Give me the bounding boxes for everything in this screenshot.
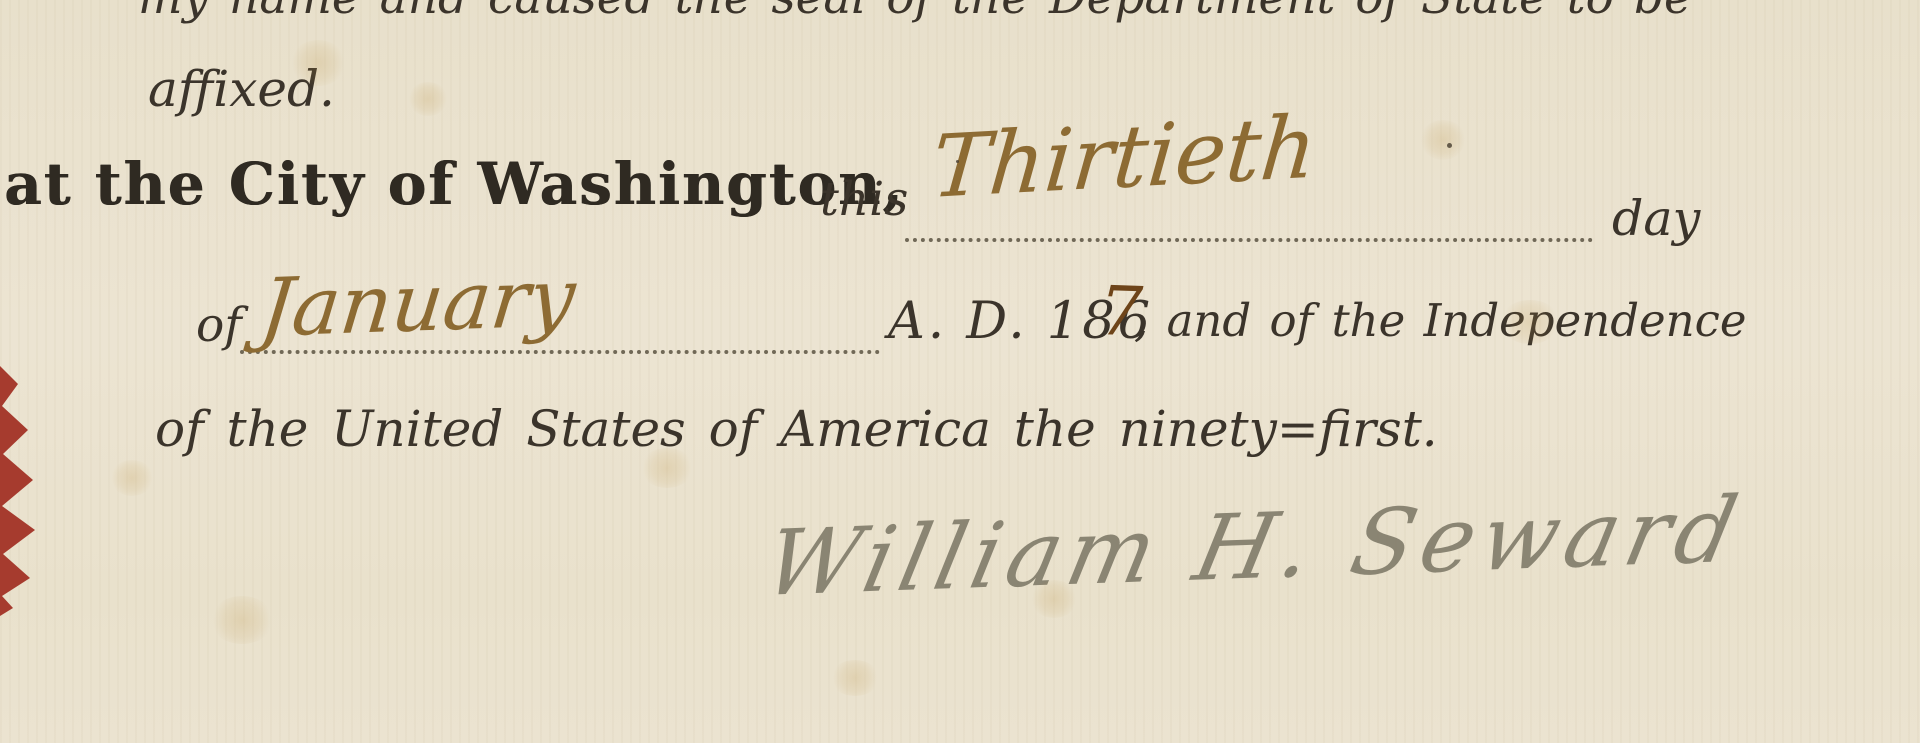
printed-word-this: this — [820, 172, 908, 227]
fill-in-dotted-line-day — [905, 238, 1593, 242]
handwritten-day-word: Thirtieth — [928, 97, 1321, 218]
certificate-document: my name and caused the seal of the Depar… — [0, 0, 1920, 743]
foxing-stain — [110, 460, 154, 496]
blackletter-city-of-washington: at the City of Washington, — [4, 150, 904, 218]
ink-speck — [956, 160, 959, 163]
handwritten-month: January — [256, 251, 580, 355]
body-text-line-5: of the United States of America the nine… — [155, 400, 1438, 458]
body-text-line-4-suffix: , and of the Independence — [1134, 294, 1746, 347]
body-text-line-1: my name and caused the seal of the Depar… — [138, 0, 1692, 25]
foxing-stain — [830, 660, 880, 696]
seal-serrated-edge — [0, 366, 35, 616]
foxing-stain — [408, 82, 448, 116]
printed-word-day: day — [1612, 190, 1700, 247]
body-text-line-2: affixed. — [148, 60, 335, 118]
foxing-stain — [1420, 120, 1466, 160]
printed-word-of: of — [196, 298, 242, 353]
seward-signature: William H. Seward — [756, 477, 1753, 617]
foxing-stain — [210, 596, 274, 644]
red-wafer-seal-icon — [0, 356, 42, 620]
ink-speck — [1447, 143, 1452, 148]
